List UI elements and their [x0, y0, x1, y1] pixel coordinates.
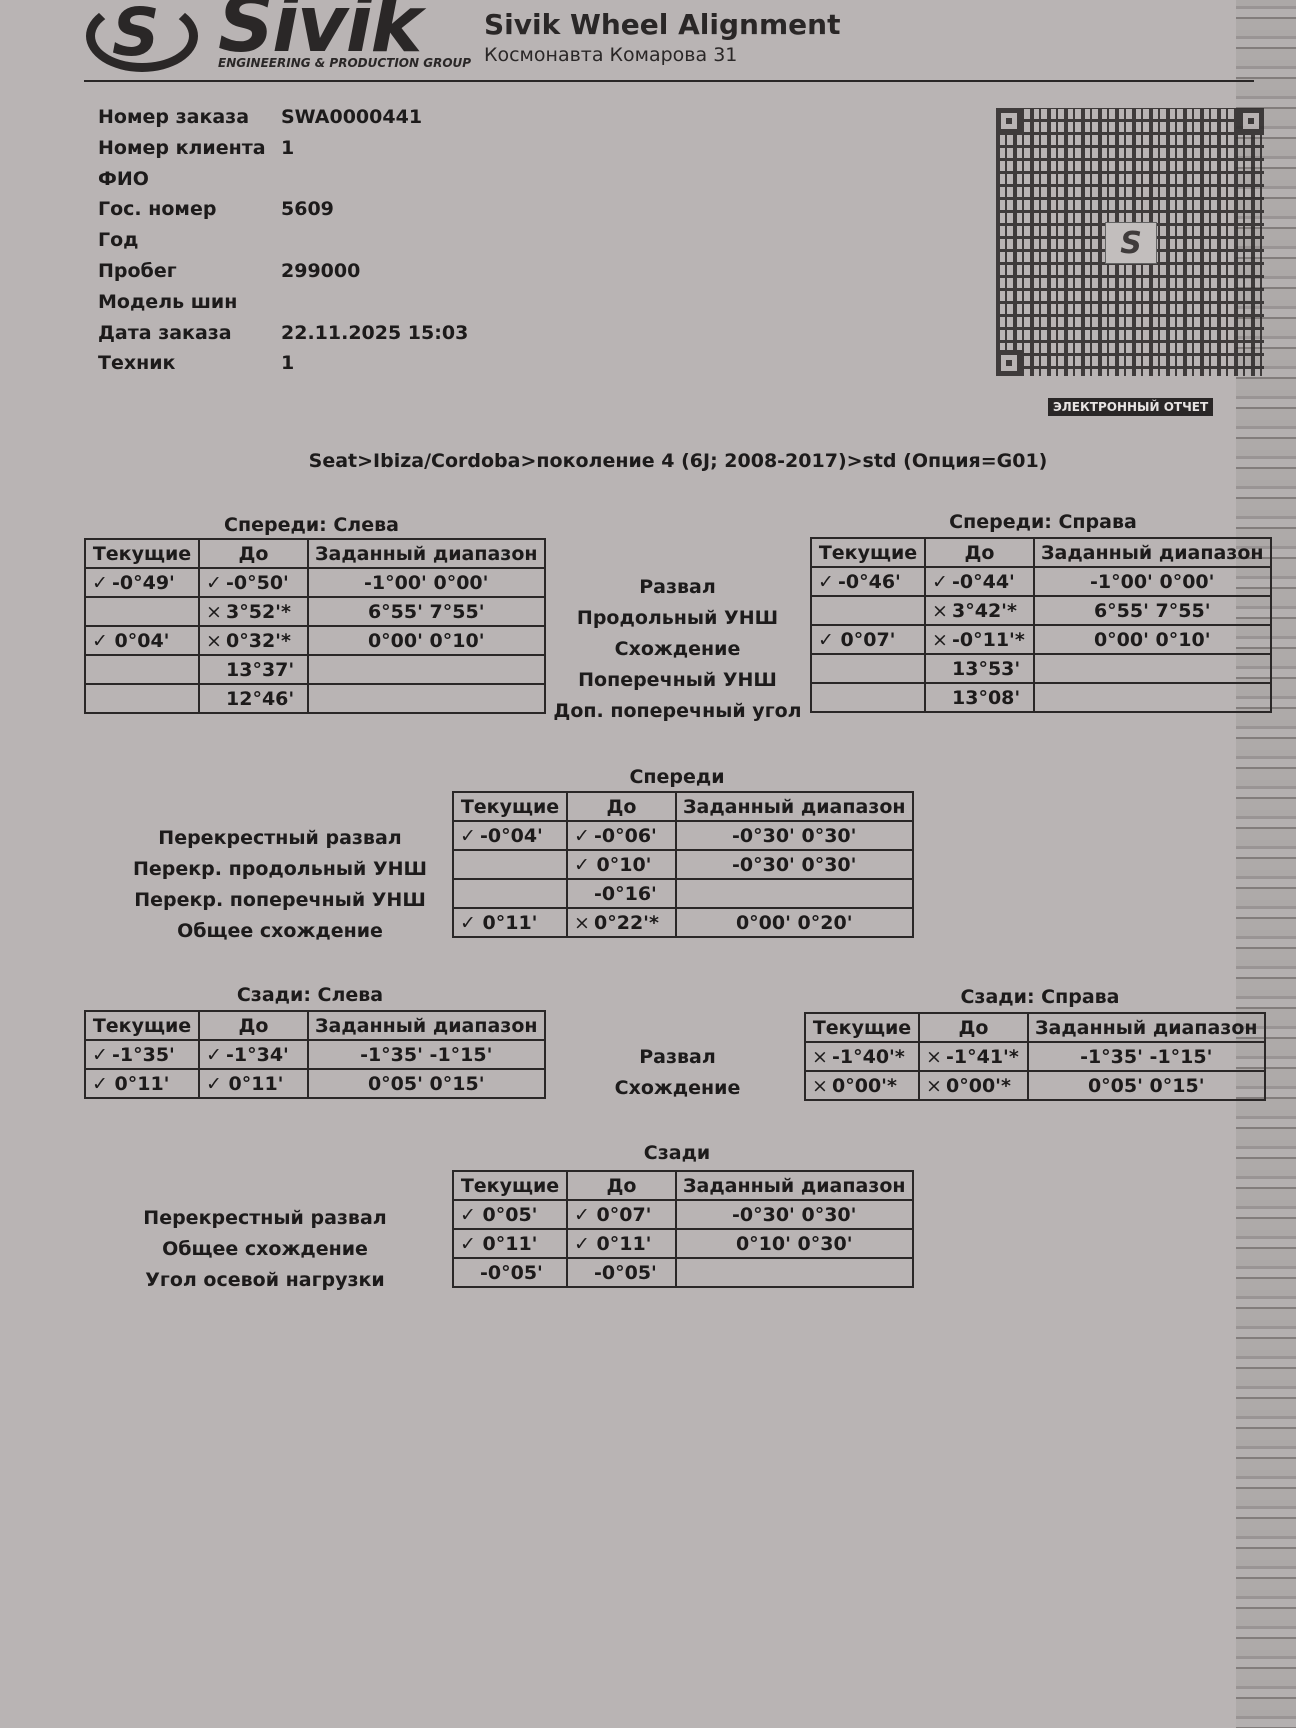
before-cell: ×0°22'*: [567, 908, 676, 937]
value: -1°34': [226, 1044, 289, 1066]
row-label: Развал: [540, 572, 815, 603]
table-row: 13°53': [811, 654, 1271, 683]
qr-finder-icon: [996, 350, 1022, 376]
value: 0°22'*: [594, 912, 659, 934]
current-cell: ✓0°11': [85, 1069, 199, 1098]
range-cell: -1°35' -1°15': [308, 1040, 545, 1069]
current-cell: ×-1°40'*: [805, 1042, 919, 1071]
value: -0°49': [112, 572, 175, 594]
before-cell: ✓0°10': [567, 850, 676, 879]
info-row: Модель шин: [98, 291, 468, 322]
info-row: ФИО: [98, 168, 468, 199]
range-cell: 0°00' 0°10': [1034, 625, 1271, 654]
check-icon: ✓: [460, 912, 480, 934]
front-axle-title: Спереди: [452, 766, 902, 788]
col-range: Заданный диапазон: [1034, 538, 1271, 567]
qr-code-icon[interactable]: S: [996, 108, 1264, 376]
before-cell: ✓-1°34': [199, 1040, 308, 1069]
table-row: ×-1°40'*×-1°41'*-1°35' -1°15': [805, 1042, 1265, 1071]
range-cell: 0°10' 0°30': [676, 1229, 913, 1258]
col-range: Заданный диапазон: [676, 1171, 913, 1200]
col-current: Текущие: [811, 538, 925, 567]
current-cell: ✓-1°35': [85, 1040, 199, 1069]
check-icon: ✓: [818, 571, 838, 593]
row-label: Перекр. продольный УНШ: [110, 854, 450, 885]
before-cell: 13°08': [925, 683, 1034, 712]
value: -0°44': [952, 571, 1015, 593]
value: -1°35': [112, 1044, 175, 1066]
rear-right-title: Сзади: Справа: [804, 986, 1276, 1008]
row-label: Схождение: [540, 634, 815, 665]
before-cell: ×3°42'*: [925, 596, 1034, 625]
table-row: ×0°00'*×0°00'*0°05' 0°15': [805, 1071, 1265, 1100]
value: 0°11': [480, 912, 540, 934]
value: 0°11': [594, 1233, 654, 1255]
info-row: Пробег299000: [98, 260, 468, 291]
cross-icon: ×: [932, 629, 952, 651]
info-row: Гос. номер5609: [98, 198, 468, 229]
before-cell: -0°16': [567, 879, 676, 908]
range-cell: 6°55' 7°55': [308, 597, 545, 626]
info-row: Год: [98, 229, 468, 260]
rear-right-table: ТекущиеДоЗаданный диапазон×-1°40'*×-1°41…: [804, 1012, 1266, 1101]
range-cell: [676, 879, 913, 908]
rear-axle-table: ТекущиеДоЗаданный диапазон✓0°05'✓0°07'-0…: [452, 1170, 914, 1288]
value: -0°05': [594, 1262, 657, 1284]
col-current: Текущие: [85, 539, 199, 568]
info-row: Техник1: [98, 352, 468, 383]
info-value: 5609: [281, 198, 334, 229]
company-address: Космонавта Комарова 31: [484, 44, 737, 66]
cross-icon: ×: [926, 1075, 946, 1097]
before-cell: ×3°52'*: [199, 597, 308, 626]
cross-icon: ×: [932, 600, 952, 622]
table-row: ✓-1°35'✓-1°34'-1°35' -1°15': [85, 1040, 545, 1069]
front-left-table: ТекущиеДоЗаданный диапазон✓-0°49'✓-0°50'…: [84, 538, 546, 714]
check-icon: ✓: [206, 1073, 226, 1095]
row-label: Перекрестный развал: [110, 823, 450, 854]
table-row: ✓-0°04'✓-0°06'-0°30' 0°30': [453, 821, 913, 850]
value: 12°46': [226, 688, 294, 710]
info-row: Дата заказа22.11.2025 15:03: [98, 322, 468, 353]
check-icon: ✓: [92, 630, 112, 652]
check-icon: ✓: [206, 572, 226, 594]
col-current: Текущие: [805, 1013, 919, 1042]
info-label: ФИО: [98, 168, 281, 199]
header-row: ТекущиеДоЗаданный диапазон: [805, 1013, 1265, 1042]
col-current: Текущие: [85, 1011, 199, 1040]
value: 3°42'*: [952, 600, 1017, 622]
col-before: До: [919, 1013, 1028, 1042]
table-row: ✓0°11'×0°22'*0°00' 0°20': [453, 908, 913, 937]
info-value: 1: [281, 137, 294, 168]
table-row: ×3°42'*6°55' 7°55': [811, 596, 1271, 625]
col-range: Заданный диапазон: [1028, 1013, 1265, 1042]
current-cell: [811, 654, 925, 683]
row-label: Схождение: [540, 1073, 815, 1104]
info-label: Модель шин: [98, 291, 281, 322]
before-cell: ×0°32'*: [199, 626, 308, 655]
range-cell: 6°55' 7°55': [1034, 596, 1271, 625]
current-cell: [85, 684, 199, 713]
current-cell: [85, 655, 199, 684]
front-left-title: Спереди: Слева: [84, 514, 539, 536]
info-label: Номер заказа: [98, 106, 281, 137]
header-row: ТекущиеДоЗаданный диапазон: [85, 1011, 545, 1040]
cross-icon: ×: [574, 912, 594, 934]
front-axle-table: ТекущиеДоЗаданный диапазон✓-0°04'✓-0°06'…: [452, 791, 914, 938]
before-cell: 13°37': [199, 655, 308, 684]
front-row-labels: РазвалПродольный УНШСхождениеПоперечный …: [540, 572, 815, 727]
value: -0°16': [594, 883, 657, 905]
header-row: ТекущиеДоЗаданный диапазон: [811, 538, 1271, 567]
cross-icon: ×: [206, 601, 226, 623]
qr-logo-icon: S: [1105, 222, 1157, 264]
check-icon: ✓: [206, 1044, 226, 1066]
current-cell: -0°05': [453, 1258, 567, 1287]
value: 0°00'*: [832, 1075, 897, 1097]
current-cell: [453, 850, 567, 879]
company-name: Sivik Wheel Alignment: [484, 8, 840, 41]
info-value: SWA0000441: [281, 106, 422, 137]
col-range: Заданный диапазон: [676, 792, 913, 821]
value: -0°11'*: [952, 629, 1025, 651]
current-cell: ✓-0°04': [453, 821, 567, 850]
vehicle-path: Seat>Ibiza/Cordoba>поколение 4 (6J; 2008…: [0, 450, 1296, 472]
current-cell: ✓0°11': [453, 908, 567, 937]
table-row: -0°16': [453, 879, 913, 908]
rear-left-table: ТекущиеДоЗаданный диапазон✓-1°35'✓-1°34'…: [84, 1010, 546, 1099]
range-cell: -1°00' 0°00': [1034, 567, 1271, 596]
value: 0°07': [594, 1204, 654, 1226]
value: 0°11': [226, 1073, 286, 1095]
check-icon: ✓: [92, 1044, 112, 1066]
current-cell: ✓0°04': [85, 626, 199, 655]
range-cell: [308, 655, 545, 684]
front-axle-labels: Перекрестный развалПерекр. продольный УН…: [110, 823, 450, 947]
qr-finder-icon: [1238, 108, 1264, 134]
info-label: Техник: [98, 352, 281, 383]
value: 0°32'*: [226, 630, 291, 652]
info-value: 22.11.2025 15:03: [281, 322, 468, 353]
info-label: Год: [98, 229, 281, 260]
logo-tagline: ENGINEERING & PRODUCTION GROUP: [218, 56, 471, 70]
table-row: ✓0°11'✓0°11'0°10' 0°30': [453, 1229, 913, 1258]
value: 0°00'*: [946, 1075, 1011, 1097]
front-right-table: ТекущиеДоЗаданный диапазон✓-0°46'✓-0°44'…: [810, 537, 1272, 713]
range-cell: [1034, 683, 1271, 712]
table-row: -0°05'-0°05': [453, 1258, 913, 1287]
before-cell: ✓0°11': [199, 1069, 308, 1098]
info-label: Номер клиента: [98, 137, 281, 168]
before-cell: ✓0°07': [567, 1200, 676, 1229]
col-before: До: [199, 1011, 308, 1040]
current-cell: ✓0°07': [811, 625, 925, 654]
range-cell: 0°05' 0°15': [1028, 1071, 1265, 1100]
range-cell: 0°00' 0°10': [308, 626, 545, 655]
before-cell: ×-0°11'*: [925, 625, 1034, 654]
current-cell: ✓-0°46': [811, 567, 925, 596]
current-cell: [85, 597, 199, 626]
value: -1°41'*: [946, 1046, 1019, 1068]
info-value: 1: [281, 352, 294, 383]
value: 0°11': [112, 1073, 172, 1095]
order-info: Номер заказаSWA0000441Номер клиента1ФИОГ…: [98, 106, 468, 383]
current-cell: ✓0°11': [453, 1229, 567, 1258]
col-before: До: [925, 538, 1034, 567]
value: 0°04': [112, 630, 172, 652]
rear-left-title: Сзади: Слева: [84, 984, 536, 1006]
cross-icon: ×: [206, 630, 226, 652]
table-row: ✓0°11'✓0°11'0°05' 0°15': [85, 1069, 545, 1098]
col-current: Текущие: [453, 792, 567, 821]
check-icon: ✓: [92, 1073, 112, 1095]
cross-icon: ×: [812, 1075, 832, 1097]
table-row: 12°46': [85, 684, 545, 713]
range-cell: [1034, 654, 1271, 683]
info-row: Номер клиента1: [98, 137, 468, 168]
col-range: Заданный диапазон: [308, 539, 545, 568]
value: 0°11': [480, 1233, 540, 1255]
before-cell: ×0°00'*: [919, 1071, 1028, 1100]
table-row: 13°37': [85, 655, 545, 684]
row-label: Поперечный УНШ: [540, 665, 815, 696]
value: 13°53': [952, 658, 1020, 680]
value: 0°07': [838, 629, 898, 651]
check-icon: ✓: [818, 629, 838, 651]
table-row: ✓0°05'✓0°07'-0°30' 0°30': [453, 1200, 913, 1229]
before-cell: 13°53': [925, 654, 1034, 683]
current-cell: ×0°00'*: [805, 1071, 919, 1100]
col-range: Заданный диапазон: [308, 1011, 545, 1040]
row-label: Общее схождение: [110, 1234, 420, 1265]
check-icon: ✓: [460, 1233, 480, 1255]
range-cell: -1°00' 0°00': [308, 568, 545, 597]
range-cell: -0°30' 0°30': [676, 850, 913, 879]
value: 13°37': [226, 659, 294, 681]
info-row: Номер заказаSWA0000441: [98, 106, 468, 137]
check-icon: ✓: [574, 1233, 594, 1255]
value: 13°08': [952, 687, 1020, 709]
value: -0°04': [480, 825, 543, 847]
info-label: Гос. номер: [98, 198, 281, 229]
range-cell: -0°30' 0°30': [676, 1200, 913, 1229]
before-cell: ×-1°41'*: [919, 1042, 1028, 1071]
col-before: До: [199, 539, 308, 568]
current-cell: [811, 596, 925, 625]
range-cell: -0°30' 0°30': [676, 821, 913, 850]
value: -1°40'*: [832, 1046, 905, 1068]
check-icon: ✓: [460, 825, 480, 847]
range-cell: 0°05' 0°15': [308, 1069, 545, 1098]
before-cell: ✓0°11': [567, 1229, 676, 1258]
before-cell: ✓-0°44': [925, 567, 1034, 596]
table-row: ✓-0°49'✓-0°50'-1°00' 0°00': [85, 568, 545, 597]
value: 3°52'*: [226, 601, 291, 623]
rear-row-labels: РазвалСхождение: [540, 1042, 815, 1104]
check-icon: ✓: [574, 854, 594, 876]
check-icon: ✓: [92, 572, 112, 594]
rear-axle-title: Сзади: [452, 1142, 902, 1164]
current-cell: ✓0°05': [453, 1200, 567, 1229]
logo-s-icon: S: [112, 0, 160, 71]
cross-icon: ×: [926, 1046, 946, 1068]
row-label: Доп. поперечный угол: [540, 696, 815, 727]
range-cell: [308, 684, 545, 713]
cross-icon: ×: [812, 1046, 832, 1068]
row-label: Продольный УНШ: [540, 603, 815, 634]
current-cell: [811, 683, 925, 712]
electronic-report-badge: ЭЛЕКТРОННЫЙ ОТЧЕТ: [1048, 398, 1213, 416]
front-right-title: Спереди: Справа: [810, 511, 1276, 533]
value: -0°06': [594, 825, 657, 847]
value: -0°50': [226, 572, 289, 594]
header-divider: [84, 80, 1254, 82]
table-row: 13°08': [811, 683, 1271, 712]
rear-axle-labels: Перекрестный развалОбщее схождениеУгол о…: [110, 1203, 420, 1296]
range-cell: -1°35' -1°15': [1028, 1042, 1265, 1071]
row-label: Развал: [540, 1042, 815, 1073]
col-before: До: [567, 792, 676, 821]
col-before: До: [567, 1171, 676, 1200]
table-row: ✓0°10'-0°30' 0°30': [453, 850, 913, 879]
header-row: ТекущиеДоЗаданный диапазон: [453, 1171, 913, 1200]
table-row: ✓0°04'×0°32'*0°00' 0°10': [85, 626, 545, 655]
row-label: Угол осевой нагрузки: [110, 1265, 420, 1296]
header-row: ТекущиеДоЗаданный диапазон: [85, 539, 545, 568]
table-row: ✓0°07'×-0°11'*0°00' 0°10': [811, 625, 1271, 654]
value: 0°10': [594, 854, 654, 876]
before-cell: ✓-0°50': [199, 568, 308, 597]
check-icon: ✓: [460, 1204, 480, 1226]
row-label: Перекрестный развал: [110, 1203, 420, 1234]
row-label: Перекр. поперечный УНШ: [110, 885, 450, 916]
range-cell: 0°00' 0°20': [676, 908, 913, 937]
current-cell: ✓-0°49': [85, 568, 199, 597]
info-value: 299000: [281, 260, 360, 291]
table-row: ✓-0°46'✓-0°44'-1°00' 0°00': [811, 567, 1271, 596]
value: -0°46': [838, 571, 901, 593]
info-label: Пробег: [98, 260, 281, 291]
qr-finder-icon: [996, 108, 1022, 134]
range-cell: [676, 1258, 913, 1287]
table-row: ×3°52'*6°55' 7°55': [85, 597, 545, 626]
check-icon: ✓: [574, 1204, 594, 1226]
check-icon: ✓: [932, 571, 952, 593]
header-row: ТекущиеДоЗаданный диапазон: [453, 792, 913, 821]
info-label: Дата заказа: [98, 322, 281, 353]
current-cell: [453, 879, 567, 908]
value: -0°05': [480, 1262, 543, 1284]
value: 0°05': [480, 1204, 540, 1226]
before-cell: -0°05': [567, 1258, 676, 1287]
before-cell: ✓-0°06': [567, 821, 676, 850]
row-label: Общее схождение: [110, 916, 450, 947]
check-icon: ✓: [574, 825, 594, 847]
col-current: Текущие: [453, 1171, 567, 1200]
before-cell: 12°46': [199, 684, 308, 713]
